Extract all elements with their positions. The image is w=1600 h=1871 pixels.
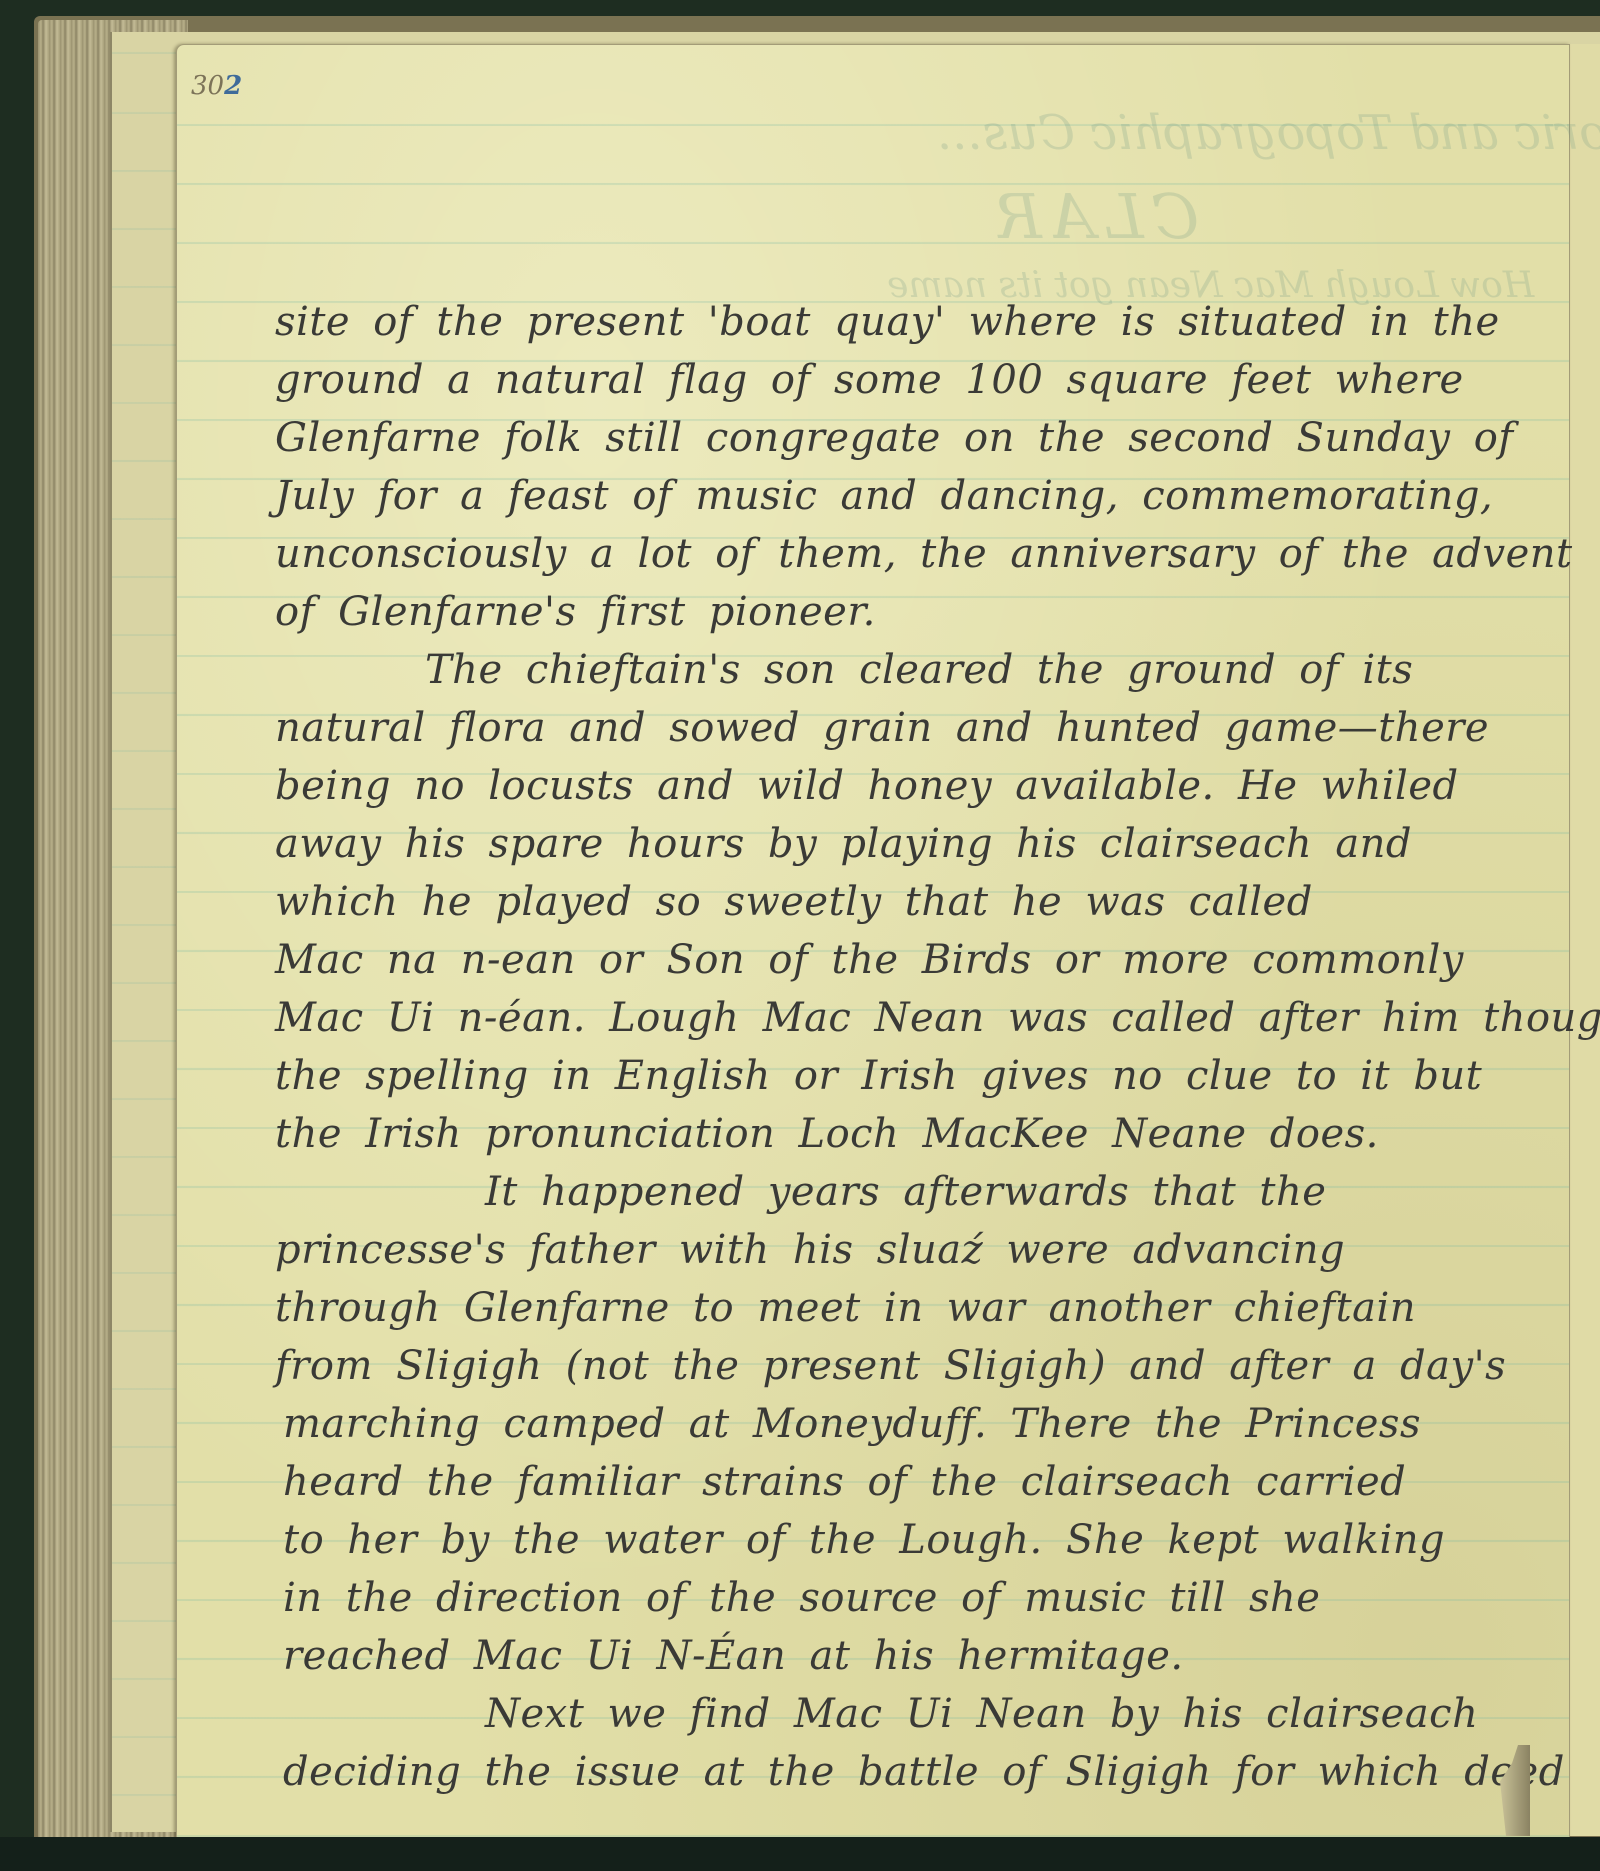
handwritten-text: site of the present 'boat quay' where is… — [275, 293, 1505, 1801]
text-line: the Irish pronunciation Loch MacKee Nean… — [275, 1105, 1505, 1163]
text-line: July for a feast of music and dancing, c… — [275, 467, 1505, 525]
bottom-shadow — [0, 1837, 1600, 1871]
text-line: ground a natural flag of some 100 square… — [275, 351, 1505, 409]
manuscript-page: 302 Historic and Topographic Cus... CLAR… — [176, 44, 1570, 1838]
text-line: away his spare hours by playing his clai… — [275, 815, 1505, 873]
text-line: site of the present 'boat quay' where is… — [275, 293, 1505, 351]
text-line: being no locusts and wild honey availabl… — [275, 757, 1505, 815]
text-line: in the direction of the source of music … — [275, 1569, 1505, 1627]
page-number-printed: 30 — [191, 71, 224, 101]
page-number-suffix: 2 — [224, 71, 242, 101]
paragraph-start-line: Next we find Mac Ui Nean by his clairsea… — [275, 1685, 1505, 1743]
text-line: Mac na n-ean or Son of the Birds or more… — [275, 931, 1505, 989]
paragraph-start-line: It happened years afterwards that the — [275, 1163, 1505, 1221]
text-line: reached Mac Ui N-Éan at his hermitage. — [275, 1627, 1505, 1685]
text-line: heard the familiar strains of the clairs… — [275, 1453, 1505, 1511]
book-scan: 302 Historic and Topographic Cus... CLAR… — [0, 0, 1600, 1871]
text-line: natural flora and sowed grain and hunted… — [275, 699, 1505, 757]
text-line: from Sligigh (not the present Sligigh) a… — [275, 1337, 1505, 1395]
page-number: 302 — [191, 71, 242, 101]
text-line: unconsciously a lot of them, the anniver… — [275, 525, 1505, 583]
text-line: Glenfarne folk still congregate on the s… — [275, 409, 1505, 467]
bleed-through-subtitle: CLAR — [987, 180, 1199, 253]
text-line: through Glenfarne to meet in war another… — [275, 1279, 1505, 1337]
text-line: deciding the issue at the battle of Slig… — [275, 1743, 1505, 1801]
text-line: princesse's father with his sluaź were a… — [275, 1221, 1505, 1279]
text-line: of Glenfarne's first pioneer. — [275, 583, 1505, 641]
paragraph-start-line: The chieftain's son cleared the ground o… — [275, 641, 1505, 699]
text-line: marching camped at Moneyduff. There the … — [275, 1395, 1505, 1453]
text-line: Mac Ui n-éan. Lough Mac Nean was called … — [275, 989, 1505, 1047]
text-line: which he played so sweetly that he was c… — [275, 873, 1505, 931]
text-line: to her by the water of the Lough. She ke… — [275, 1511, 1505, 1569]
text-line: the spelling in English or Irish gives n… — [275, 1047, 1505, 1105]
bleed-through-title: Historic and Topographic Cus... — [937, 105, 1600, 161]
